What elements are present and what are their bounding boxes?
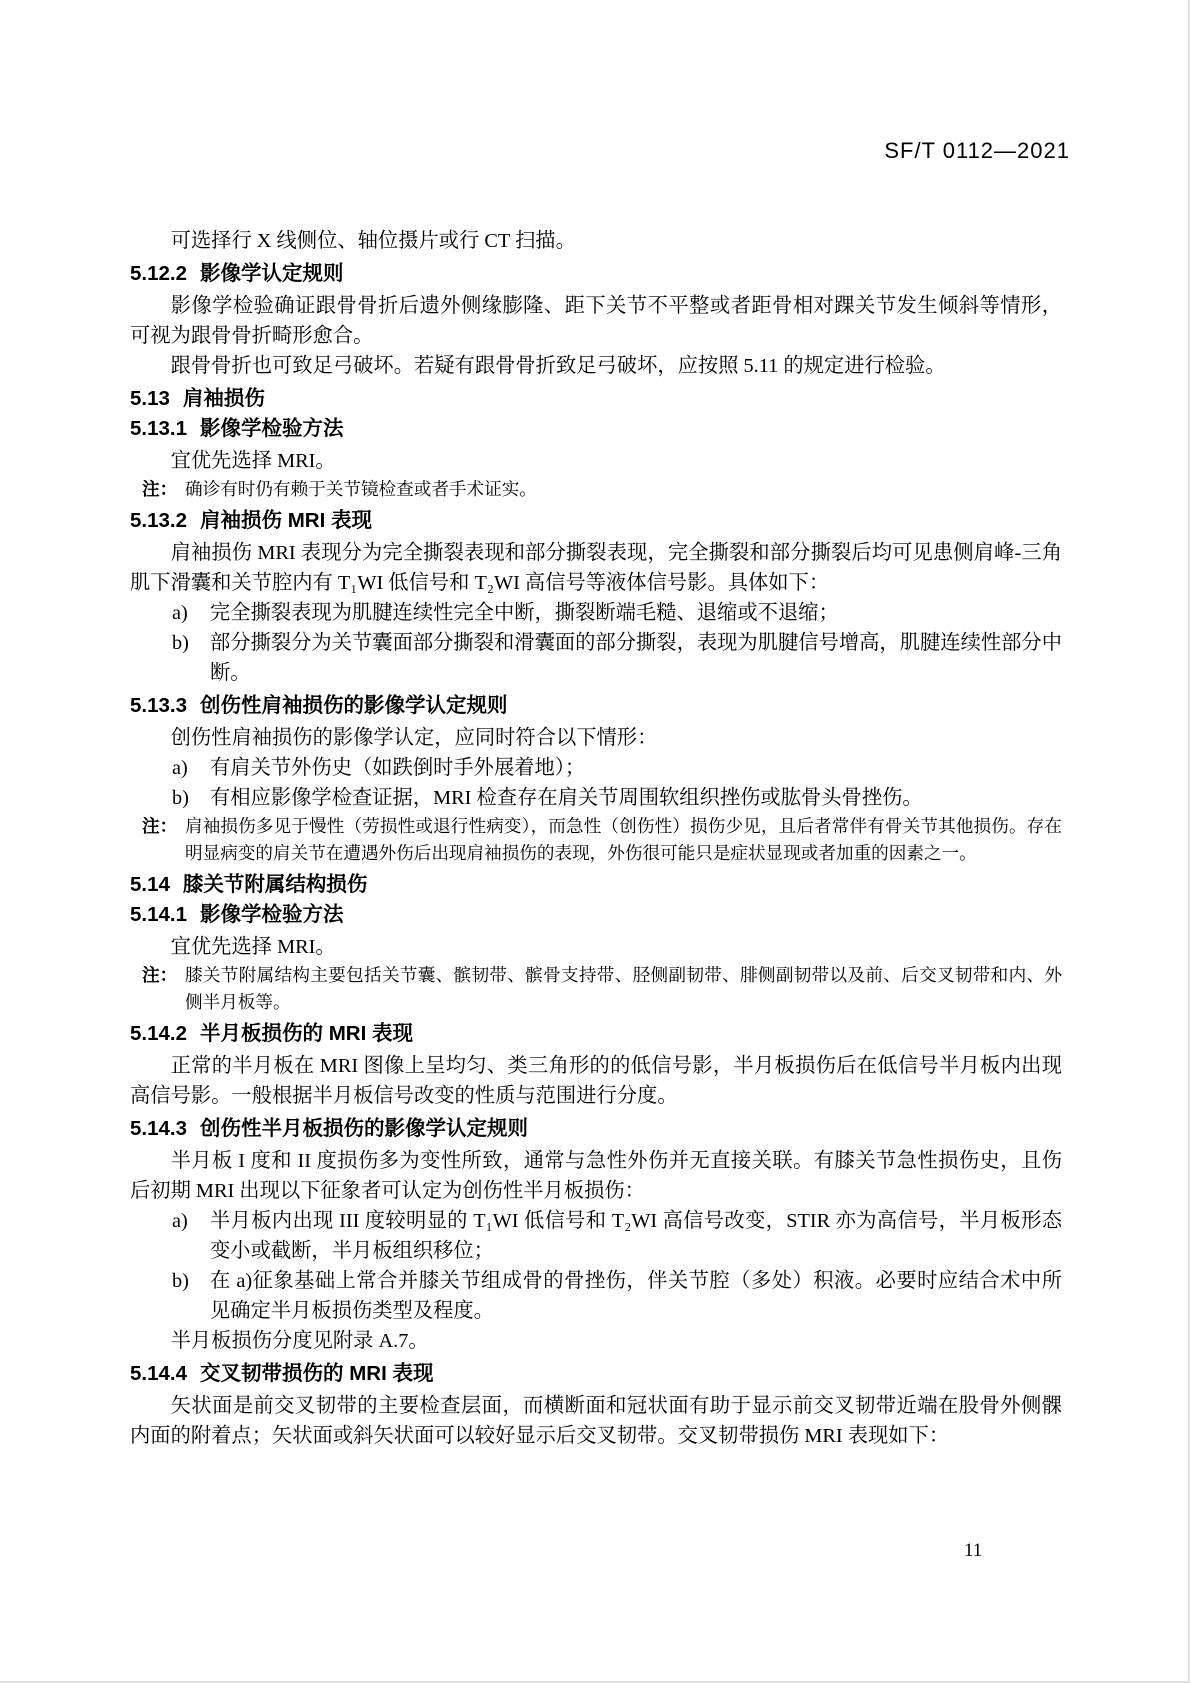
section-number: 5.13.3 [130,694,187,717]
paragraph: 影像学检验确证跟骨骨折后遗外侧缘膨隆、距下关节不平整或者距骨相对踝关节发生倾斜等… [130,291,1062,351]
note: 注：膝关节附属结构主要包括关节囊、髌韧带、髌骨支持带、胫侧副韧带、腓侧副韧带以及… [130,962,1062,1016]
section-number: 5.12.2 [130,262,187,285]
list-item-label: b) [172,783,189,813]
section-heading-5-13: 5.13肩袖损伤 [130,387,1062,411]
section-title: 创伤性半月板损伤的影像学认定规则 [200,1117,528,1140]
list-item-text: 有相应影像学检查证据，MRI 检查存在肩关节周围软组织挫伤或肱骨头骨挫伤。 [210,787,923,809]
list-item: a)完全撕裂表现为肌腱连续性完全中断，撕裂断端毛糙、退缩或不退缩； [130,598,1062,628]
section-heading-5-13-3: 5.13.3创伤性肩袖损伤的影像学认定规则 [130,694,1062,718]
list-item-text: 有肩关节外伤史（如跌倒时手外展着地）； [210,757,585,779]
note: 注：确诊有时仍有赖于关节镜检查或者手术证实。 [130,476,1062,503]
section-number: 5.14 [130,873,170,896]
paragraph: 创伤性肩袖损伤的影像学认定，应同时符合以下情形： [130,723,1062,753]
section-title: 影像学认定规则 [200,262,344,285]
section-number: 5.14.4 [130,1362,187,1385]
paragraph: 半月板损伤分度见附录 A.7。 [130,1326,1062,1356]
page-number: 11 [964,1540,982,1562]
section-number: 5.14.2 [130,1022,187,1045]
list-item-label: a) [172,598,188,628]
section-title: 影像学检验方法 [200,903,344,926]
section-heading-5-14: 5.14膝关节附属结构损伤 [130,873,1062,897]
section-heading-5-14-1: 5.14.1影像学检验方法 [130,903,1062,927]
note-text: 确诊有时仍有赖于关节镜检查或者手术证实。 [185,479,537,499]
paragraph: 矢状面是前交叉韧带的主要检查层面，而横断面和冠状面有助于显示前交叉韧带近端在股骨… [130,1391,1062,1451]
standard-number: SF/T 0112—2021 [884,138,1070,164]
section-heading-5-13-2: 5.13.2肩袖损伤 MRI 表现 [130,509,1062,533]
list-item-text: 半月板内出现 III 度较明显的 T₁WI 低信号和 T₂WI 高信号改变，ST… [210,1210,1062,1262]
section-title: 影像学检验方法 [200,417,344,440]
note-text: 肩袖损伤多见于慢性（劳损性或退行性病变），而急性（创伤性）损伤少见，且后者常伴有… [185,816,1062,863]
paragraph: 跟骨骨折也可致足弓破坏。若疑有跟骨骨折致足弓破坏，应按照 5.11 的规定进行检… [130,351,1062,381]
list-item: b)在 a)征象基础上常合并膝关节组成骨的骨挫伤，伴关节腔（多处）积液。必要时应… [130,1266,1062,1326]
paragraph: 肩袖损伤 MRI 表现分为完全撕裂表现和部分撕裂表现，完全撕裂和部分撕裂后均可见… [130,538,1062,598]
list-item: a)有肩关节外伤史（如跌倒时手外展着地）； [130,753,1062,783]
paragraph: 半月板 I 度和 II 度损伤多为变性所致，通常与急性外伤并无直接关联。有膝关节… [130,1146,1062,1206]
section-heading-5-14-3: 5.14.3创伤性半月板损伤的影像学认定规则 [130,1117,1062,1141]
section-heading-5-14-4: 5.14.4交叉韧带损伤的 MRI 表现 [130,1362,1062,1386]
section-heading-5-14-2: 5.14.2半月板损伤的 MRI 表现 [130,1022,1062,1046]
section-title: 膝关节附属结构损伤 [183,873,368,896]
section-title: 肩袖损伤 [183,387,265,410]
note-label: 注： [142,476,177,503]
section-heading-5-13-1: 5.13.1影像学检验方法 [130,417,1062,441]
list-item-label: a) [172,1206,188,1236]
note-text: 膝关节附属结构主要包括关节囊、髌韧带、髌骨支持带、胫侧副韧带、腓侧副韧带以及前、… [185,965,1062,1012]
list-item-label: b) [172,628,189,658]
section-title: 创伤性肩袖损伤的影像学认定规则 [200,694,508,717]
section-number: 5.13 [130,387,170,410]
section-number: 5.13.1 [130,417,187,440]
section-title: 半月板损伤的 MRI 表现 [200,1022,413,1045]
paragraph: 可选择行 X 线侧位、轴位摄片或行 CT 扫描。 [130,226,1062,256]
paragraph: 宜优先选择 MRI。 [130,932,1062,962]
list-item: a)半月板内出现 III 度较明显的 T₁WI 低信号和 T₂WI 高信号改变，… [130,1206,1062,1266]
section-number: 5.14.1 [130,903,187,926]
list-item-text: 部分撕裂分为关节囊面部分撕裂和滑囊面的部分撕裂，表现为肌腱信号增高，肌腱连续性部… [210,632,1062,684]
list-item-label: a) [172,753,188,783]
paragraph: 宜优先选择 MRI。 [130,446,1062,476]
section-number: 5.13.2 [130,509,187,532]
list-item-text: 在 a)征象基础上常合并膝关节组成骨的骨挫伤，伴关节腔（多处）积液。必要时应结合… [210,1270,1062,1322]
document-body: 可选择行 X 线侧位、轴位摄片或行 CT 扫描。 5.12.2影像学认定规则 影… [130,226,1062,1451]
note-label: 注： [142,962,177,989]
list-item-text: 完全撕裂表现为肌腱连续性完全中断，撕裂断端毛糙、退缩或不退缩； [210,602,839,624]
paragraph: 正常的半月板在 MRI 图像上呈均匀、类三角形的的低信号影，半月板损伤后在低信号… [130,1051,1062,1111]
note: 注：肩袖损伤多见于慢性（劳损性或退行性病变），而急性（创伤性）损伤少见，且后者常… [130,813,1062,867]
section-heading-5-12-2: 5.12.2影像学认定规则 [130,262,1062,286]
list-item: b)有相应影像学检查证据，MRI 检查存在肩关节周围软组织挫伤或肱骨头骨挫伤。 [130,783,1062,813]
note-label: 注： [142,813,177,840]
list-item: b)部分撕裂分为关节囊面部分撕裂和滑囊面的部分撕裂，表现为肌腱信号增高，肌腱连续… [130,628,1062,688]
section-title: 交叉韧带损伤的 MRI 表现 [200,1362,433,1385]
section-number: 5.14.3 [130,1117,187,1140]
section-title: 肩袖损伤 MRI 表现 [200,509,372,532]
document-page: SF/T 0112—2021 可选择行 X 线侧位、轴位摄片或行 CT 扫描。 … [0,0,1190,1683]
list-item-label: b) [172,1266,189,1296]
